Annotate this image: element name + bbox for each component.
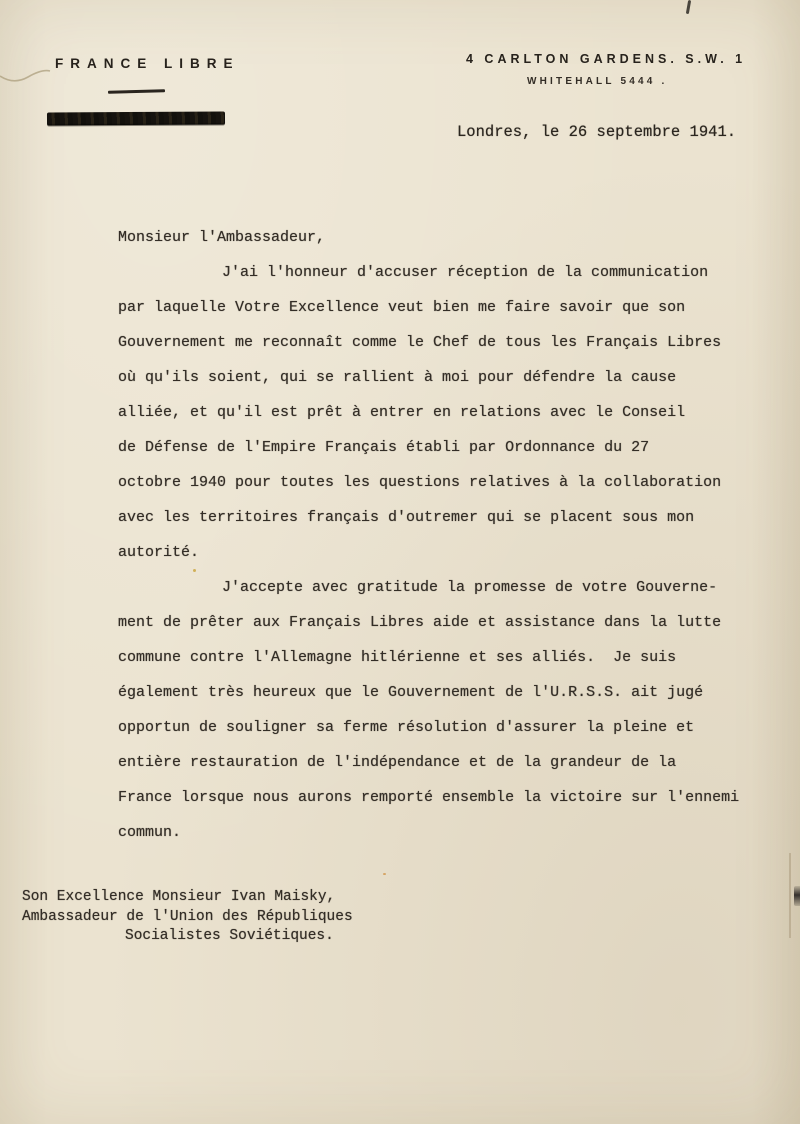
body-line: commune contre l'Allemagne hitlérienne e… [118, 649, 778, 684]
dateline: Londres, le 26 septembre 1941. [457, 123, 736, 141]
body-line: opportun de souligner sa ferme résolutio… [118, 719, 778, 754]
letterhead-phone: WHITEHALL 5444 . [527, 76, 667, 87]
redaction-bar [47, 112, 225, 126]
salutation: Monsieur l'Ambassadeur, [118, 229, 778, 264]
body-line: J'ai l'honneur d'accuser réception de la… [118, 264, 778, 299]
body-line: commun. [118, 824, 778, 859]
body-line: J'accepte avec gratitude la promesse de … [118, 579, 778, 614]
body-line: alliée, et qu'il est prêt à entrer en re… [118, 404, 778, 439]
page-edge-smudge [794, 886, 800, 906]
pencil-swoosh-icon [0, 62, 52, 92]
body-line: par laquelle Votre Excellence veut bien … [118, 299, 778, 334]
letterhead-underline [108, 89, 165, 93]
body-line: Gouvernement me reconnaît comme le Chef … [118, 334, 778, 369]
body-line: où qu'ils soient, qui se rallient à moi … [118, 369, 778, 404]
body-line: avec les territoires français d'outremer… [118, 509, 778, 544]
page-edge-crease [789, 853, 791, 938]
letter-body: Monsieur l'Ambassadeur, J'ai l'honneur d… [118, 229, 778, 859]
letterhead-org-name: FRANCE LIBRE [55, 56, 240, 71]
body-line: octobre 1940 pour toutes les questions r… [118, 474, 778, 509]
recipient-line: Son Excellence Monsieur Ivan Maisky, [22, 889, 353, 909]
recipient-line: Ambassadeur de l'Union des Républiques [22, 909, 353, 929]
body-line: autorité. [118, 544, 778, 579]
recipient-line: Socialistes Soviétiques. [22, 928, 353, 948]
pen-mark-icon [686, 0, 691, 14]
body-line: entière restauration de l'indépendance e… [118, 754, 778, 789]
paper-speck [193, 569, 196, 572]
body-line: France lorsque nous aurons remporté ense… [118, 789, 778, 824]
body-line: ment de prêter aux Français Libres aide … [118, 614, 778, 649]
body-line: de Défense de l'Empire Français établi p… [118, 439, 778, 474]
letter-page: FRANCE LIBRE 4 CARLTON GARDENS. S.W. 1 W… [0, 0, 800, 1124]
paper-speck [383, 873, 386, 875]
body-line: également très heureux que le Gouverneme… [118, 684, 778, 719]
letterhead-address: 4 CARLTON GARDENS. S.W. 1 [466, 52, 746, 66]
recipient-block: Son Excellence Monsieur Ivan Maisky, Amb… [22, 889, 353, 948]
